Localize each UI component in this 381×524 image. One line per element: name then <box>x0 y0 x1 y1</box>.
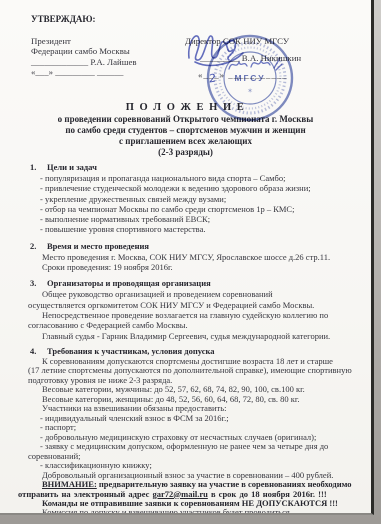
text-line: осуществляется оргкомитетом СОК НИУ МГСУ… <box>28 300 367 310</box>
section-number: 2. <box>30 241 47 252</box>
section-heading: 1. Цели и задач <box>28 162 367 173</box>
title-line-1: о проведении соревнований Открытого чемп… <box>0 114 371 125</box>
goal-item: - привлечение студенческой молодежи к ве… <box>28 183 367 193</box>
section-heading: 3. Организаторы и проводящая организация <box>28 278 367 289</box>
section-time-place: 2. Время и место проведения Место провед… <box>28 241 367 273</box>
approver-left-signline: _____________ Р.А. Лайшев <box>31 57 137 67</box>
section-heading: 2. Время и место проведения <box>28 241 367 252</box>
text-line: Место проведения г. Москва, СОК НИУ МГСУ… <box>28 252 367 262</box>
text-line: Главный судья - Гарник Владимир Сергееви… <box>28 331 367 341</box>
goal-item: - укрепление дружественных связей между … <box>28 194 367 204</box>
goal-item: - отбор на чемпионат Москвы по самбо сре… <box>28 204 367 214</box>
document-page: УТВЕРЖДАЮ: Президент Федерации самбо Мос… <box>0 0 374 515</box>
document-title: П О Л О Ж Е Н И Е <box>0 102 371 114</box>
text-line: Непосредственное проведение возлагается … <box>28 310 367 320</box>
requirement-item: - индивидуальный членский взнос в ФСМ за… <box>28 414 367 424</box>
approver-right-role: Директор СОК НИУ МГСУ <box>185 36 289 46</box>
goal-item: - повышение уровня спортивного мастерств… <box>28 224 367 234</box>
title-line-4: (2-3 разряды) <box>0 147 371 158</box>
section-title: Цели и задач <box>47 162 97 173</box>
commission-line: Комиссия по допуску и взвешиванию участн… <box>28 508 367 515</box>
section-title: Организаторы и проводящая организация <box>47 278 211 289</box>
attention-block: ВНИМАНИЕ: предварительную заявку на учас… <box>28 480 367 515</box>
section-goals: 1. Цели и задач - популяризация и пропаг… <box>28 162 367 235</box>
approval-header: УТВЕРЖДАЮ: Президент Федерации самбо Мос… <box>0 14 371 90</box>
text-line: Общее руководство организацией и проведе… <box>28 289 367 299</box>
approver-left-role: Президент <box>31 36 137 46</box>
document-title-block: П О Л О Ж Е Н И Е о проведении соревнова… <box>0 102 371 158</box>
approve-heading: УТВЕРЖДАЮ: <box>31 14 96 24</box>
text-line: согласованию с Федерацией самбо Москвы. <box>28 320 367 330</box>
section-title: Время и место проведения <box>47 241 149 252</box>
section-organizers: 3. Организаторы и проводящая организация… <box>28 278 367 340</box>
section-number: 3. <box>30 278 47 289</box>
section-number: 1. <box>30 162 47 173</box>
approver-right-signline: _________ В.А. Никишкин <box>200 53 301 63</box>
goal-item: - популяризация и пропаганда национально… <box>28 173 367 183</box>
approver-left-org: Федерации самбо Москвы <box>31 46 137 56</box>
title-line-3: с приглашением всех желающих <box>0 136 371 147</box>
goal-item: - выполнение нормативных требований ЕВСК… <box>28 214 367 224</box>
approver-left-block: Президент Федерации самбо Москвы _______… <box>31 36 137 77</box>
title-line-2: по самбо среди студентов – спортсменов м… <box>0 125 371 136</box>
approver-left-dateline: «___» _________ ______ <box>31 67 137 77</box>
section-requirements: 4. Требования к участникам, условия допу… <box>28 346 367 515</box>
document-body: 1. Цели и задач - популяризация и пропаг… <box>0 162 371 515</box>
text-line: Сроки проведения: 19 ноября 2016г. <box>28 262 367 272</box>
